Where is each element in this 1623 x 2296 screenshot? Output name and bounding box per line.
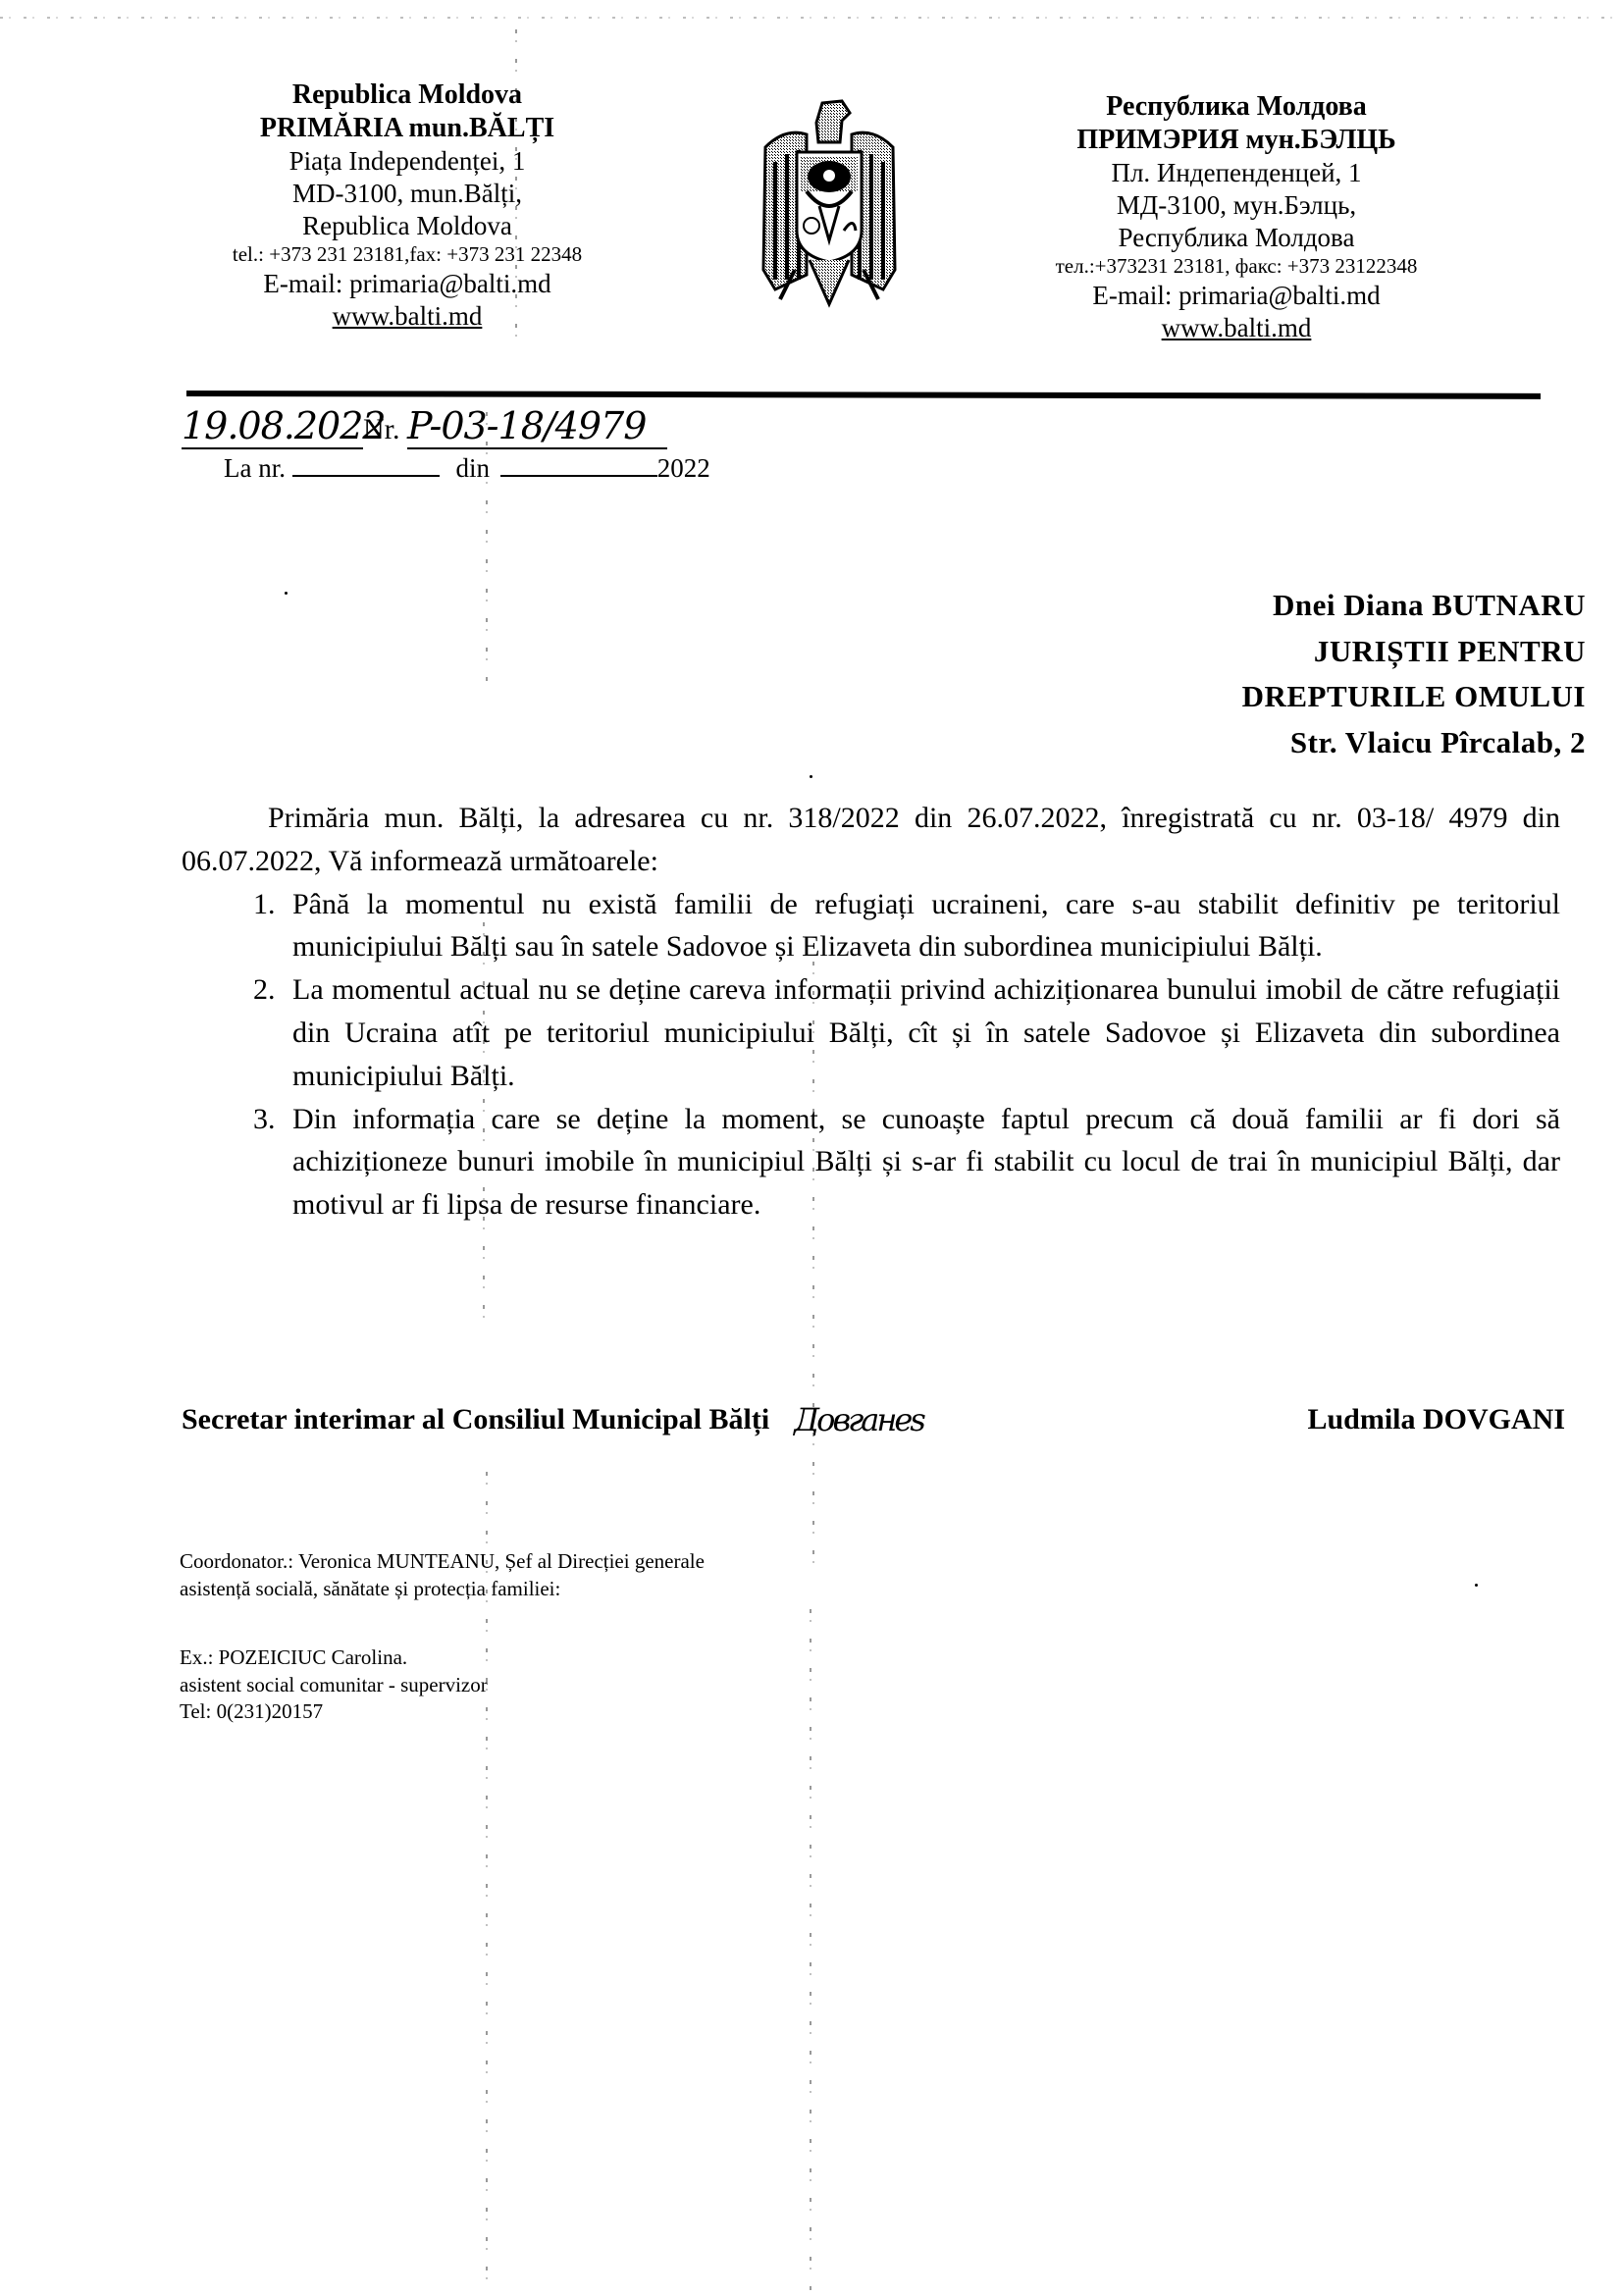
registration-date: 19.08.2022 — [182, 404, 363, 449]
letter-body: Primăria mun. Bălți, la adresarea cu nr.… — [182, 797, 1560, 1226]
list-item: Până la momentul nu există familii de re… — [283, 883, 1560, 969]
header-website-link-ru[interactable]: www.balti.md — [981, 312, 1492, 344]
header-institution-ru: ПРИМЭРИЯ мун.БЭЛЦЬ — [981, 124, 1492, 157]
addressee-org-line1: JURIȘTII PENTRU — [1242, 629, 1586, 675]
list-item: Din informația care se deține la moment,… — [283, 1098, 1560, 1226]
reference-date-blank — [500, 475, 657, 477]
header-website-link[interactable]: www.balti.md — [147, 300, 667, 333]
signature-block: Secretar interimar al Consiliul Municipa… — [182, 1401, 1565, 1438]
signatory-position: Secretar interimar al Consiliul Municipa… — [182, 1403, 769, 1436]
header-phone-fax: tel.: +373 231 23181,fax: +373 231 22348 — [147, 242, 667, 268]
addressee-name: Dnei Diana BUTNARU — [1242, 583, 1586, 629]
header-street-ru: Пл. Индепенденцей, 1 — [981, 157, 1492, 189]
body-intro: Primăria mun. Bălți, la adresarea cu nr.… — [182, 797, 1560, 883]
scan-artifact-line — [810, 1609, 811, 2296]
executor-phone: Tel: 0(231)20157 — [180, 1698, 488, 1726]
executor-block: Ex.: POZEICIUC Carolina. asistent social… — [180, 1644, 488, 1726]
header-country2-ru: Республика Молдова — [981, 222, 1492, 254]
coordinator-block: Coordonator.: Veronica MUNTEANU, Șef al … — [180, 1548, 705, 1602]
scan-dot — [285, 592, 288, 595]
header-postal: MD-3100, mun.Bălți, — [147, 178, 667, 210]
addressee-block: Dnei Diana BUTNARU JURIȘTII PENTRU DREPT… — [1242, 583, 1586, 765]
reference-blank — [292, 475, 440, 477]
header-institution: PRIMĂRIA mun.BĂLȚI — [147, 112, 667, 145]
coordinator-line2: asistență socială, sănătate și protecția… — [180, 1576, 705, 1603]
coordinator-line1: Coordonator.: Veronica MUNTEANU, Șef al … — [180, 1548, 705, 1576]
addressee-address: Str. Vlaicu Pîrcalab, 2 — [1242, 720, 1586, 766]
header-phone-fax-ru: тел.:+373231 23181, факс: +373 23122348 — [981, 254, 1492, 280]
header-country: Republica Moldova — [147, 78, 667, 112]
reference-year: 2022 — [657, 453, 710, 483]
signatory-name: Ludmila DOVGANI — [1307, 1403, 1565, 1436]
executor-role: asistent social comunitar - supervizor — [180, 1672, 488, 1699]
scan-artifact-top — [0, 17, 1623, 19]
registration-nr-label: Nr. — [363, 413, 400, 445]
header-street: Piața Independenței, 1 — [147, 145, 667, 178]
reference-label: La nr. — [224, 453, 286, 483]
header-postal-ru: МД-3100, мун.Бэлць, — [981, 189, 1492, 222]
registration-line: 19.08.2022Nr. P-03-18/4979 — [182, 404, 667, 449]
header-email-ru[interactable]: E-mail: primaria@balti.md — [981, 280, 1492, 312]
reference-line: La nr. din 2022 — [224, 453, 710, 484]
reference-din-label: din — [455, 453, 490, 483]
addressee-org-line2: DREPTURILE OMULUI — [1242, 674, 1586, 720]
executor-name: Ex.: POZEICIUC Carolina. — [180, 1644, 488, 1672]
header-country2: Republica Moldova — [147, 210, 667, 242]
header-left: Republica Moldova PRIMĂRIA mun.BĂLȚI Pia… — [147, 78, 667, 333]
scan-dot — [810, 775, 812, 778]
header-country-ru: Республика Молдова — [981, 90, 1492, 124]
coat-of-arms-moldova-icon — [746, 93, 913, 314]
body-list: Până la momentul nu există familii de re… — [182, 883, 1560, 1226]
header-right: Республика Молдова ПРИМЭРИЯ мун.БЭЛЦЬ Пл… — [981, 90, 1492, 344]
header-divider — [186, 391, 1541, 399]
header-email[interactable]: E-mail: primaria@balti.md — [147, 268, 667, 300]
registration-number: P-03-18/4979 — [407, 404, 667, 449]
list-item: La momentul actual nu se deține careva i… — [283, 968, 1560, 1097]
scan-dot — [1475, 1584, 1478, 1587]
handwritten-signature: Довганеs — [794, 1401, 923, 1438]
